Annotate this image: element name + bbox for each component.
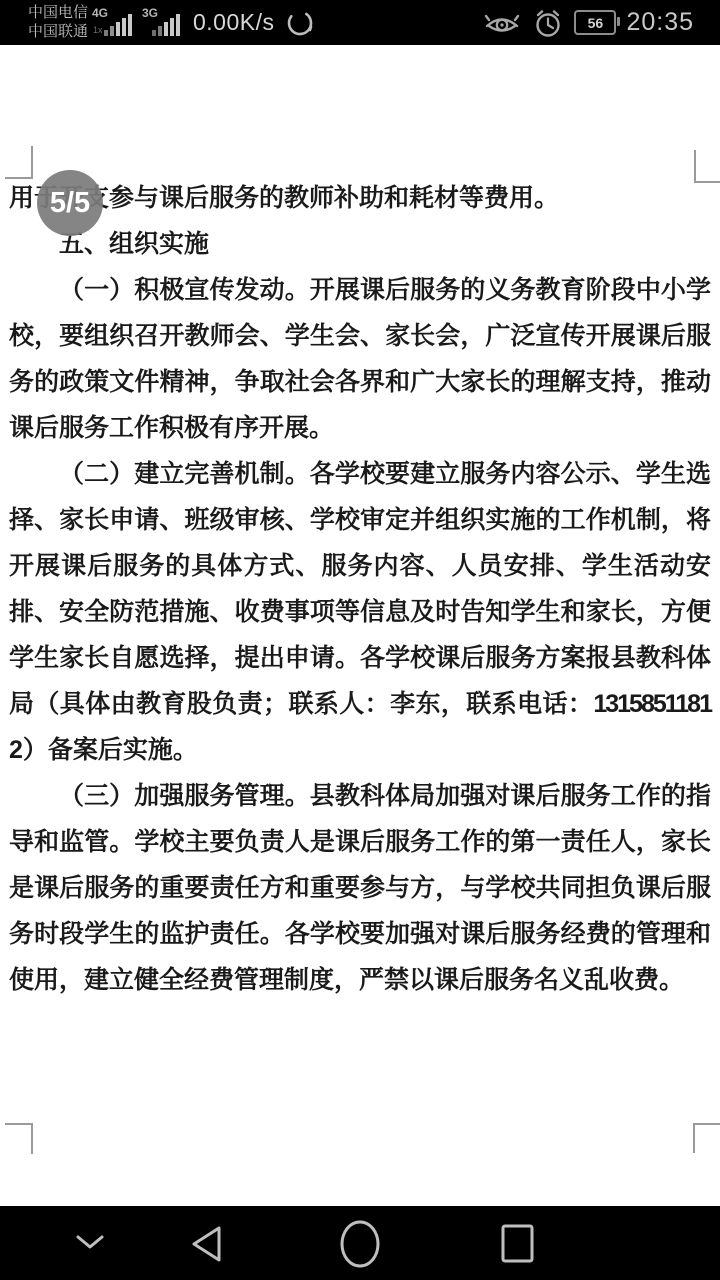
text-line: 五、组织实施 — [9, 221, 711, 267]
text-line: （一）积极宣传发动。开展课后服务的义务教育阶段中小学 — [9, 267, 711, 313]
page-indicator-badge: 5/5 — [37, 170, 103, 236]
alarm-icon — [532, 8, 564, 38]
text-line: 导和监管。学校主要负责人是课后服务工作的第一责任人，家长 — [9, 819, 711, 865]
battery-icon: 56 — [574, 10, 616, 35]
document-text: 用于开支参与课后服务的教师补助和耗材等费用。五、组织实施（一）积极宣传发动。开展… — [9, 175, 711, 1003]
text-line: 课后服务工作积极有序开展。 — [9, 405, 711, 451]
text-line: 择、家长申请、班级审核、学校审定并组织实施的工作机制，将 — [9, 497, 711, 543]
battery-nub — [617, 17, 620, 26]
text-line: 用于开支参与课后服务的教师补助和耗材等费用。 — [9, 175, 711, 221]
text-line: （三）加强服务管理。县教科体局加强对课后服务工作的指 — [9, 773, 711, 819]
signal-bars-icon — [152, 13, 182, 37]
signal-bars-icon — [104, 13, 134, 37]
recents-button-icon[interactable] — [500, 1223, 536, 1265]
back-button-icon[interactable] — [189, 1224, 225, 1264]
text-line: 学生家长自愿选择，提出申请。各学校课后服务方案报县教科体 — [9, 635, 711, 681]
status-right-cluster: 56 20:35 — [482, 0, 694, 45]
battery-percent: 56 — [588, 15, 604, 31]
carrier-1: 中国电信 — [28, 3, 88, 22]
text-line: 校，要组织召开教师会、学生会、家长会，广泛宣传开展课后服 — [9, 313, 711, 359]
document-page[interactable]: 用于开支参与课后服务的教师补助和耗材等费用。五、组织实施（一）积极宣传发动。开展… — [0, 45, 720, 1206]
home-button-icon[interactable] — [338, 1219, 382, 1269]
text-line: 是课后服务的重要责任方和重要参与方，与学校共同担负课后服 — [9, 865, 711, 911]
text-line: 开展课后服务的具体方式、服务内容、人员安排、学生活动安 — [9, 543, 711, 589]
hide-navbar-chevron-icon[interactable] — [75, 1234, 105, 1250]
text-line: 2）备案后实施。 — [9, 727, 711, 773]
text-line: 排、安全防范措施、收费事项等信息及时告知学生和家长，方便 — [9, 589, 711, 635]
text-line: 使用，建立健全经费管理制度，严禁以课后服务名义乱收费。 — [9, 957, 711, 1003]
carrier-2: 中国联通 — [28, 22, 88, 41]
status-clock: 20:35 — [626, 8, 694, 37]
sync-icon — [285, 7, 315, 37]
text-line: （二）建立完善机制。各学校要建立服务内容公示、学生选 — [9, 451, 711, 497]
network-sub-sim1: 1x — [93, 25, 103, 35]
status-bar: 中国电信 中国联通 4G 1x 3G 0.00K/s — [0, 0, 720, 45]
navigation-bar — [0, 1206, 720, 1280]
page-corner-mark-bottom-right — [693, 1123, 720, 1153]
page-corner-mark-bottom-left — [5, 1123, 33, 1154]
network-speed: 0.00K/s — [193, 9, 275, 36]
carrier-names: 中国电信 中国联通 — [28, 3, 88, 41]
phone-screen: 中国电信 中国联通 4G 1x 3G 0.00K/s — [0, 0, 720, 1280]
text-line: 局（具体由教育股负责；联系人：李东，联系电话：1315851181 — [9, 681, 711, 727]
text-line: 务的政策文件精神，争取社会各界和广大家长的理解支持，推动 — [9, 359, 711, 405]
eye-protection-icon — [482, 8, 522, 38]
text-line: 务时段学生的监护责任。各学校要加强对课后服务经费的管理和 — [9, 911, 711, 957]
